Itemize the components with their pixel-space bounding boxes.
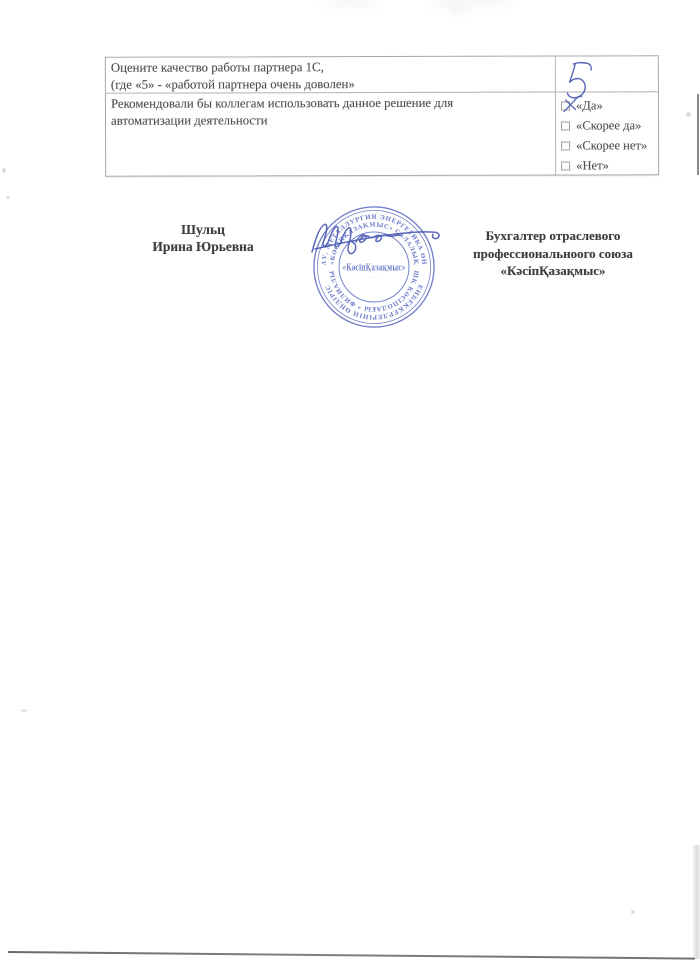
table-row-quality-rating: Оцените качество работы партнера 1С, (гд…: [106, 56, 658, 93]
option-net: «Нет»: [561, 158, 609, 173]
checkbox-label: «Нет»: [576, 158, 609, 173]
signatory-title: Бухгалтер отраслевого профессиональноого…: [452, 227, 654, 280]
scan-artifact: [450, 5, 464, 16]
scan-page-edge: [8, 951, 695, 960]
checkbox-label: «Скорее да»: [576, 118, 641, 133]
scan-artifact: [697, 94, 699, 175]
answer-cell: 5: [556, 56, 658, 91]
title-line: профессиональноого союза: [452, 245, 654, 263]
question-text: Рекомендовали бы коллегам использовать д…: [111, 95, 547, 113]
stamp-center-subtext: ·····: [368, 276, 380, 281]
table-row-recommendation: Рекомендовали бы коллегам использовать д…: [106, 92, 658, 175]
option-da: «Да»: [561, 98, 603, 113]
signatory-name: Шульц Ирина Юрьевна: [128, 222, 278, 255]
scan-artifact: [6, 196, 10, 199]
checkbox-net[interactable]: [561, 162, 570, 171]
scan-artifact: [2, 168, 6, 173]
scan-artifact: [322, 0, 380, 8]
signatory-given-names: Ирина Юрьевна: [128, 239, 278, 256]
answer-cell: «Да» «Скорее да» «Скорее нет»: [556, 92, 658, 174]
scan-artifact: [20, 709, 28, 712]
checkbox-skoree-net[interactable]: [561, 142, 570, 151]
checkbox-label: «Да»: [576, 98, 603, 113]
scan-artifact: [686, 112, 691, 117]
stamp-center-text: «КәсіпҚазақмыс»: [342, 262, 405, 273]
handwritten-signature: [302, 212, 450, 258]
option-skoree-net: «Скорее нет»: [561, 138, 647, 153]
scan-artifact: [631, 910, 635, 914]
checkbox-skoree-da[interactable]: [561, 122, 570, 131]
stamp-asterisk: *: [372, 305, 376, 313]
checkbox-label: «Скорее нет»: [576, 138, 647, 153]
question-text: (где «5» - «работой партнера очень довол…: [111, 75, 547, 93]
question-cell: Оцените качество работы партнера 1С, (гд…: [106, 57, 556, 93]
scan-artifact: [692, 845, 700, 959]
title-line: Бухгалтер отраслевого: [452, 227, 654, 245]
question-text: автоматизации деятельности: [111, 111, 547, 129]
scan-artifact: [428, 0, 514, 8]
survey-table: Оцените качество работы партнера 1С, (гд…: [105, 55, 659, 176]
option-skoree-da: «Скорее да»: [561, 118, 641, 133]
question-cell: Рекомендовали бы коллегам использовать д…: [106, 93, 556, 176]
scanned-document-page: Оцените качество работы партнера 1С, (гд…: [0, 0, 700, 964]
checkbox-da[interactable]: [561, 102, 570, 111]
title-line: «КәсіпҚазақмыс»: [452, 262, 654, 280]
signatory-surname: Шульц: [128, 222, 278, 239]
question-text: Оцените качество работы партнера 1С,: [111, 59, 547, 77]
